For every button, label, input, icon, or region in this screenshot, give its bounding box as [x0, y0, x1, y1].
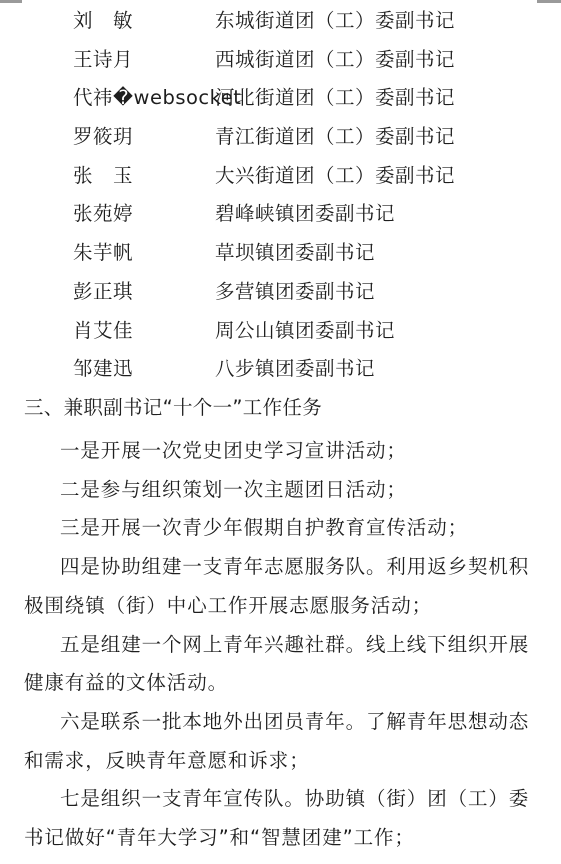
task-list: 一是开展一次党史团史学习宣讲活动； 二是参与组织策划一次主题团日活动； 三是开展… [24, 432, 536, 858]
section-heading: 三、兼职副书记“十个一”工作任务 [24, 393, 322, 423]
person-name: 张苑婷 [73, 199, 133, 229]
roster-row: 王诗月 西城街道团（工）委副书记 [0, 45, 561, 84]
task-item: 六是联系一批本地外出团员青年。了解青年思想动态和需求，反映青年意愿和诉求； [24, 703, 536, 780]
person-role: 青江街道团（工）委副书记 [215, 122, 455, 152]
task-item: 五是组建一个网上青年兴趣社群。线上线下组织开展健康有益的文体活动。 [24, 626, 536, 703]
person-role: 河北街道团（工）委副书记 [215, 83, 455, 113]
roster-row: 朱芋帆 草坝镇团委副书记 [0, 238, 561, 277]
task-item: 七是组织一支青年宣传队。协助镇（街）团（工）委书记做好“青年大学习”和“智慧团建… [24, 780, 536, 857]
person-role: 西城街道团（工）委副书记 [215, 45, 455, 75]
task-item: 一是开展一次党史团史学习宣讲活动； [24, 432, 536, 471]
person-name: 彭正琪 [73, 277, 133, 307]
roster-row: 刘 敏 东城街道团（工）委副书记 [0, 6, 561, 45]
page-edge-mark-right [537, 0, 561, 3]
person-name: 王诗月 [73, 45, 133, 75]
person-role: 周公山镇团委副书记 [215, 316, 395, 346]
person-name: 张 玉 [73, 161, 133, 191]
person-role: 多营镇团委副书记 [215, 277, 375, 307]
person-role: 八步镇团委副书记 [215, 354, 375, 384]
person-name: 朱芋帆 [73, 238, 133, 268]
roster-row: 肖艾佳 周公山镇团委副书记 [0, 316, 561, 355]
person-role: 大兴街道团（工）委副书记 [215, 161, 455, 191]
person-name: 肖艾佳 [73, 316, 133, 346]
person-role: 东城街道团（工）委副书记 [215, 6, 455, 36]
task-item: 二是参与组织策划一次主题团日活动； [24, 471, 536, 510]
roster-row: 罗筱玥 青江街道团（工）委副书记 [0, 122, 561, 161]
person-role: 草坝镇团委副书记 [215, 238, 375, 268]
roster-row: 代祎�websocket 河北街道团（工）委副书记 [0, 83, 561, 122]
task-item: 三是开展一次青少年假期自护教育宣传活动； [24, 509, 536, 548]
roster-row: 邹建迅 八步镇团委副书记 [0, 354, 561, 393]
person-name: 罗筱玥 [73, 122, 133, 152]
roster-row: 张 玉 大兴街道团（工）委副书记 [0, 161, 561, 200]
person-role: 碧峰峡镇团委副书记 [215, 199, 395, 229]
person-name: 刘 敏 [73, 6, 133, 36]
person-name: 邹建迅 [73, 354, 133, 384]
roster-row: 彭正琪 多营镇团委副书记 [0, 277, 561, 316]
page-edge-mark-left [0, 0, 22, 3]
task-item: 四是协助组建一支青年志愿服务队。利用返乡契机积极围绕镇（街）中心工作开展志愿服务… [24, 548, 536, 625]
deputy-secretary-roster: 刘 敏 东城街道团（工）委副书记 王诗月 西城街道团（工）委副书记 代祎�web… [0, 6, 561, 393]
roster-row: 张苑婷 碧峰峡镇团委副书记 [0, 199, 561, 238]
